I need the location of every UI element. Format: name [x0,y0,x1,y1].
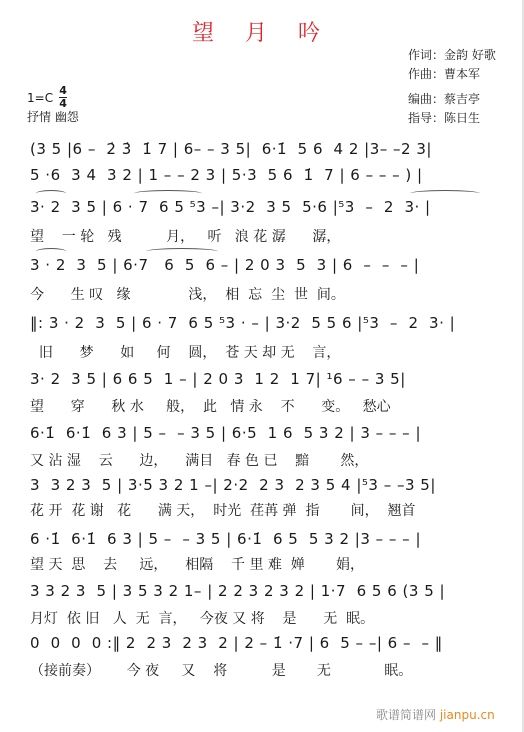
score-line-10-notes: 3 3 2 3 5 | 3 5 3 2 1– | 2 2 3 2 3 2 | 1… [30,582,500,606]
slur-mark [134,190,202,197]
score-line-11-lyrics: （接前奏） 今 夜 又 将 是 无 眠。 [30,660,500,684]
credits-block: 作词：金韵 好歌 作曲：曹本军 编曲：蔡吉亭 指导：陈日生 [408,46,496,128]
slur-mark [36,190,66,197]
score-line-11-notes: 0 0 0 0 :‖ 2 2 3 2 3 2 | 2 – 1̇ ·7 | 6 5… [30,634,500,658]
watermark-en: jianpu.cn [440,708,495,722]
arranger-credit: 编曲：蔡吉亭 [408,90,496,109]
key-signature: 1=C [27,91,53,105]
score-line-10-lyrics: 月灯 依 旧 人 无 言， 今夜 又 将 是 无 眠。 [30,608,500,632]
score-line-5-notes: ‖: 3 · 2 3 5 | 6 · 7 6 5 ⁵3 · – | 3·2 5 … [30,314,500,338]
lyricist-credit: 作词：金韵 好歌 [408,46,496,65]
score-line-9-notes: 6 ·1̇ 6·1̇ 6 3 | 5 – – 3 5 | 6·1̇ 6 5 5 … [30,530,500,554]
score-line-9-lyrics: 望 天 思 去 远， 相隔 千 里 难 婵 娟， [30,554,500,578]
composer-credit: 作曲：曹本军 [408,65,496,84]
score-line-2-notes: 5 ·6 3 4 3 2 | 1 – – 2 3 | 5·3 5 6 1̇ 7 … [30,166,500,190]
score-line-4-notes: 3 · 2 3 5 | 6·7 6 5 6 – | 2 0 3 5 3 | 6 … [30,256,500,280]
score-line-6-lyrics: 望 穿 秋 水 般， 此 情 永 不 变。 愁心 [30,396,500,420]
slur-mark [36,248,66,255]
score-line-3-notes: 3· 2 3 5 | 6 · 7 6 5 ⁵3 –| 3·2 3 5 5·6 |… [30,198,500,222]
song-title: 望 月 吟 [0,16,524,47]
score-line-3-lyrics: 望 一 轮 残 月， 听 浪 花 潺 潺， [30,226,500,250]
score-line-8-lyrics: 花 开 花 谢 花 满 天， 时光 荏苒 弹 指 间， 翘首 [30,500,500,524]
slur-mark [410,190,480,197]
score-line-8-notes: 3 3 2 3 5 | 3·5 3 2 1 –| 2·2 2 3 2 3 5 4… [30,476,500,500]
time-signature: 4 4 [59,86,67,109]
director-credit: 指导：陈日生 [408,109,496,128]
score-line-7-lyrics: 又 沾 湿 云 边， 满目 春 色 已 黯 然， [30,450,500,474]
mood-marking: 抒情 幽怨 [27,108,79,125]
watermark: 歌谱简谱网 jianpu.cn [376,706,495,723]
score-line-5-lyrics: 旧 梦 如 何 圆， 苍 天 却 无 言， [30,342,500,366]
watermark-cn: 歌谱简谱网 [376,708,436,722]
score-line-4-lyrics: 今 生 叹 缘 浅， 相 忘 尘 世 间。 [30,284,500,308]
key-time-signature: 1=C 4 4 [27,86,67,109]
slur-mark [146,248,218,255]
score-line-7-notes: 6·1̇ 6·1̇ 6 3 | 5 – – 3 5 | 6·5 1 6 5 3 … [30,424,500,448]
score-line-1-notes: (3 5 |6 – 2̇ 3̇ 1̇ 7 | 6– – 3 5| 6·1̇ 5 … [30,140,500,164]
score-line-6-notes: 3· 2 3 5 | 6 6 5 1 – | 2 0 3 1 2 1 7| ¹6… [30,370,500,394]
